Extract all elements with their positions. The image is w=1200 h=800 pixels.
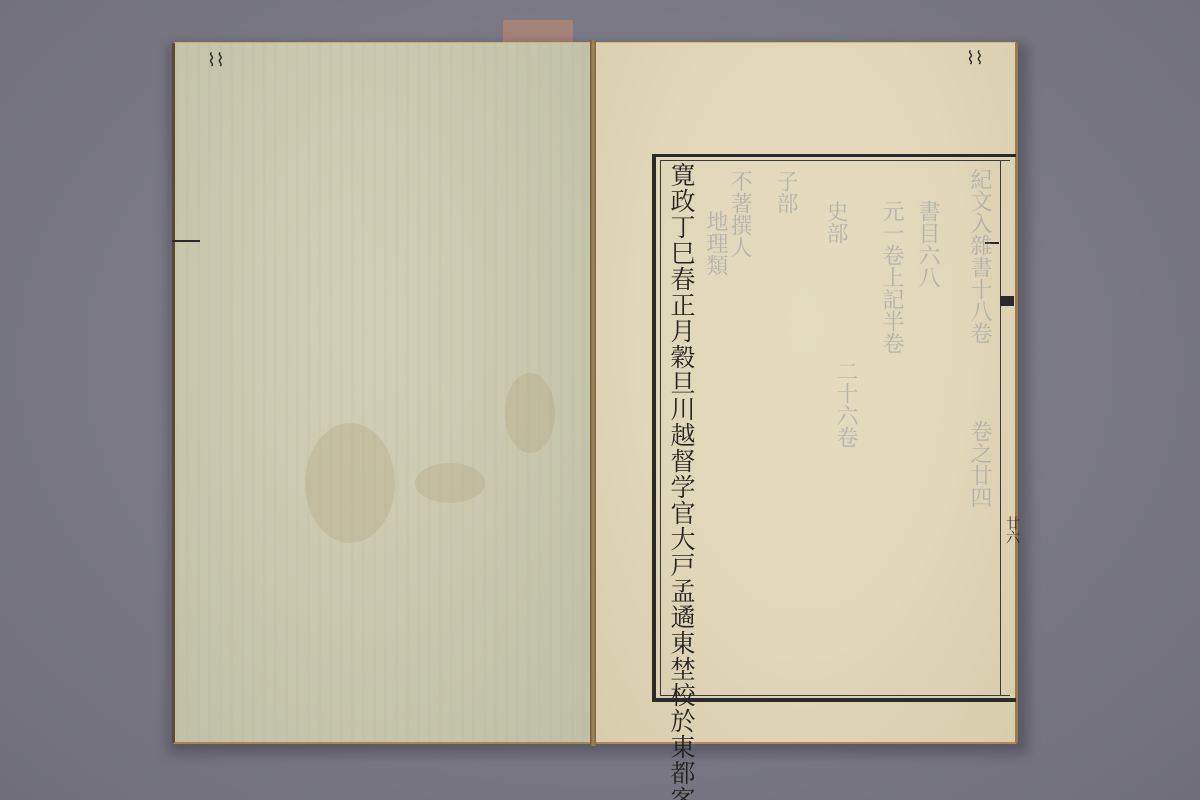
hashira-fishtail-block: [1000, 296, 1014, 306]
left-page: [172, 42, 592, 744]
hashira-column: [1000, 160, 1015, 696]
page-nick-mark: ⌇⌇: [966, 50, 984, 68]
paper-stain: [505, 373, 555, 453]
paper-stain: [415, 463, 485, 503]
print-border-inner: [660, 160, 1010, 696]
paper-stain: [305, 423, 395, 543]
page-nick-mark: ⌇⌇: [207, 52, 225, 70]
fold-tick: [172, 240, 200, 242]
colophon-text: 寛政丁巳春正月穀旦川越督学官大戸孟遹東埜校於東都客舎: [666, 162, 696, 692]
book-gutter: [590, 40, 596, 746]
page-number-character: 廿六: [1002, 516, 1022, 544]
